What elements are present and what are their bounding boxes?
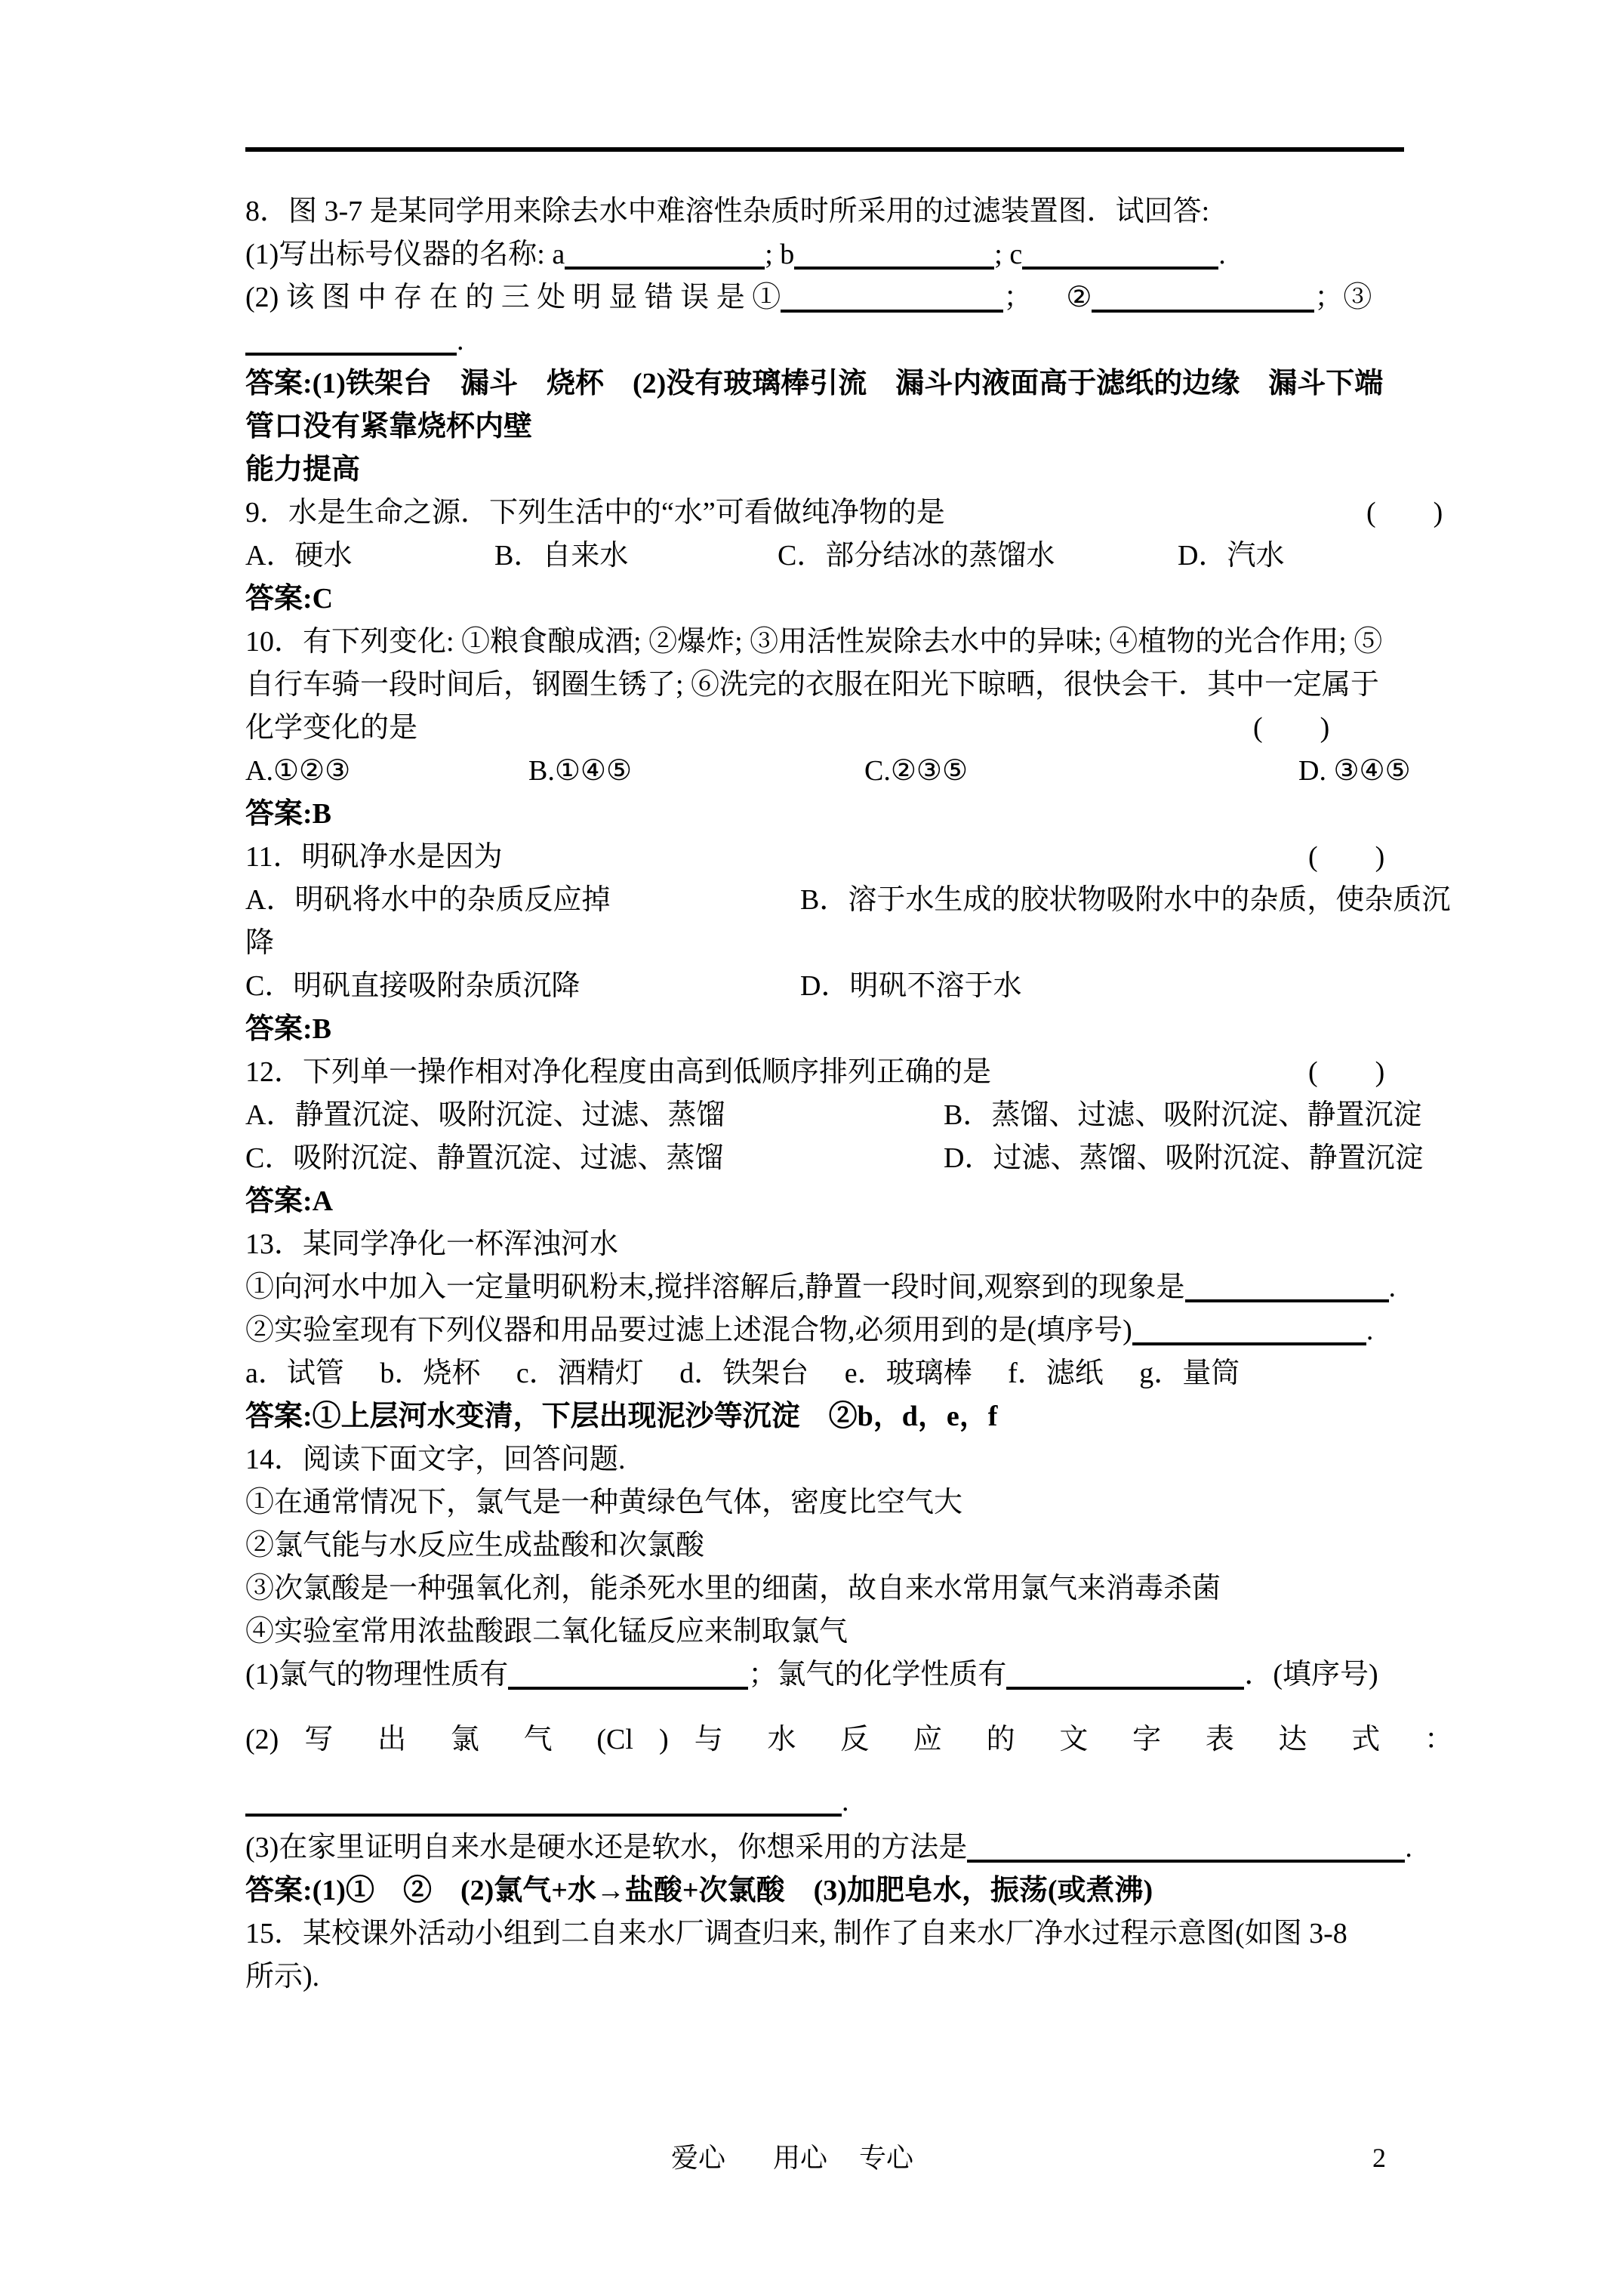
text-segment: (2) 该 图 中 存 在 的 三 处 明 显 错 误 是 ① xyxy=(245,282,781,313)
answer-14: 答案:(1)① ② (2)氯气+水→盐酸+次氯酸 (3)加肥皂水，振荡(或煮沸) xyxy=(245,1869,1453,1912)
fill-in-blank xyxy=(1006,1657,1244,1690)
answer-8: 答案:(1)铁架台 漏斗 烧杯 (2)没有玻璃棒引流 漏斗内液面高于滤纸的边缘 … xyxy=(245,362,1453,405)
header-rule xyxy=(245,147,1404,152)
question-14-part3: (3)在家里证明自来水是硬水还是软水，你想采用的方法是. xyxy=(245,1826,1453,1869)
option-b: B．自来水 xyxy=(494,535,628,578)
question-10-options: A.①②③B.①④⑤C.②③⑤D. ③④⑤ xyxy=(245,750,1453,793)
spacer xyxy=(1032,305,1066,307)
question-12-options-cd: C．吸附沉淀、静置沉淀、过滤、蒸馏D．过滤、蒸馏、吸附沉淀、静置沉淀 xyxy=(245,1137,1453,1180)
text-segment: ④实验室常用浓盐酸跟二氧化锰反应来制取氯气 xyxy=(245,1616,848,1647)
fill-in-blank xyxy=(508,1657,748,1690)
text-segment: (1)氯气的物理性质有 xyxy=(245,1659,508,1690)
section-header-ability: 能力提高 xyxy=(245,448,1453,492)
question-10-stem-continued: 自行车骑一段时间后，钢圈生锈了; ⑥洗完的衣服在阳光下晾晒，很快会干．其中一定属… xyxy=(245,664,1453,707)
option-c: C．明矾直接吸附杂质沉降 xyxy=(245,965,580,1008)
fill-in-blank xyxy=(967,1829,1405,1863)
answer-bracket: ( ) xyxy=(1253,707,1329,750)
text-segment: . xyxy=(1389,1271,1397,1303)
option-d: D．过滤、蒸馏、吸附沉淀、静置沉淀 xyxy=(944,1137,1423,1180)
page-footer: 爱心 用心 专心 2 xyxy=(0,2135,1623,2180)
text-segment: 所示). xyxy=(245,1961,319,1992)
text-segment: 8．图 3-7 是某同学用来除去水中难溶性杂质时所采用的过滤装置图．试回答: xyxy=(245,196,1209,227)
question-11-options-ab: A．明矾将水中的杂质反应掉B．溶于水生成的胶状物吸附水中的杂质，使杂质沉 xyxy=(245,879,1453,922)
footer-motto-word: 专心 xyxy=(859,2135,913,2180)
answer-bracket: ( ) xyxy=(1308,836,1384,879)
question-9-stem: 9．水是生命之源．下列生活中的“水”可看做纯净物的是( ) xyxy=(245,492,1453,535)
text-segment: (3)在家里证明自来水是硬水还是软水，你想采用的方法是 xyxy=(245,1832,967,1863)
question-12-stem: 12．下列单一操作相对净化程度由高到低顺序排列正确的是( ) xyxy=(245,1051,1453,1094)
text-segment: ； xyxy=(1003,282,1032,313)
question-13-part1: ①向河水中加入一定量明矾粉末,搅拌溶解后,静置一段时间,观察到的现象是. xyxy=(245,1266,1453,1309)
text-segment: ; b xyxy=(765,239,794,270)
answer-12: 答案:A xyxy=(245,1180,1453,1223)
worksheet-body: 8．图 3-7 是某同学用来除去水中难溶性杂质时所采用的过滤装置图．试回答: (… xyxy=(245,190,1453,1999)
answer-8-continued: 管口没有紧靠烧杯内壁 xyxy=(245,405,1453,448)
text-segment: . xyxy=(842,1786,849,1817)
answer-13: 答案:①上层河水变清，下层出现泥沙等沉淀 ②b，d，e，f xyxy=(245,1395,1453,1438)
option-b: B.①④⑤ xyxy=(528,750,632,793)
text-segment: ②实验室现有下列仪器和用品要过滤上述混合物,必须用到的是(填序号) xyxy=(245,1314,1132,1346)
answer-10: 答案:B xyxy=(245,793,1453,836)
text-segment: 答案:(1)① ② (2)氯气+水→盐酸+次氯酸 (3)加肥皂水，振荡(或煮沸) xyxy=(245,1875,1153,1906)
text-segment: 答案:①上层河水变清，下层出现泥沙等沉淀 ②b，d，e，f xyxy=(245,1401,997,1432)
answer-bracket: ( ) xyxy=(1366,492,1443,535)
fill-in-blank xyxy=(794,236,994,270)
text-segment: ③次氯酸是一种强氧化剂，能杀死水里的细菌，故自来水常用氯气来消毒杀菌 xyxy=(245,1573,1221,1604)
text-segment: 10．有下列变化: ①粮食酿成酒; ②爆炸; ③用活性炭除去水中的异味; ④植物… xyxy=(245,626,1382,658)
text-segment: ．(填序号) xyxy=(1244,1659,1378,1690)
text-segment: (2) 写 出 氯 气 (Cl ) 与 水 反 应 的 文 字 表 达 式 ： xyxy=(245,1724,1453,1755)
question-14-info-1: ①在通常情况下，氯气是一种黄绿色气体，密度比空气大 xyxy=(245,1481,1453,1524)
text-segment: ①向河水中加入一定量明矾粉末,搅拌溶解后,静置一段时间,观察到的现象是 xyxy=(245,1271,1185,1303)
fill-in-blank xyxy=(245,322,457,356)
option-c: C.②③⑤ xyxy=(864,750,968,793)
fill-in-blank xyxy=(781,279,1003,313)
question-13-stem: 13．某同学净化一杯浑浊河水 xyxy=(245,1223,1453,1266)
option-a: A．硬水 xyxy=(245,535,352,578)
question-11-stem: 11．明矾净水是因为( ) xyxy=(245,836,1453,879)
text-segment: 15．某校课外活动小组到二自来水厂调查归来, 制作了自来水厂净水过程示意图(如图… xyxy=(245,1918,1347,1949)
question-12-options-ab: A．静置沉淀、吸附沉淀、过滤、蒸馏B．蒸馏、过滤、吸附沉淀、静置沉淀 xyxy=(245,1094,1453,1137)
question-15-stem-continued: 所示). xyxy=(245,1955,1453,1999)
text-segment: a．试管 b．烧杯 c．酒精灯 d．铁架台 e．玻璃棒 f．滤纸 g．量筒 xyxy=(245,1358,1240,1389)
question-8-part2-blank: . xyxy=(245,319,1453,362)
question-11-options-cd: C．明矾直接吸附杂质沉降D．明矾不溶于水 xyxy=(245,965,1453,1008)
text-segment: 13．某同学净化一杯浑浊河水 xyxy=(245,1228,618,1260)
question-14-part2-blank: . xyxy=(245,1780,1453,1823)
text-segment: 答案:C xyxy=(245,583,333,615)
question-9-options: A．硬水B．自来水C．部分结冰的蒸馏水D．汽水 xyxy=(245,535,1453,578)
text-segment: 答案:B xyxy=(245,798,331,830)
text-segment: 自行车骑一段时间后，钢圈生锈了; ⑥洗完的衣服在阳光下晾晒，很快会干．其中一定属… xyxy=(245,669,1379,701)
text-segment: 化学变化的是 xyxy=(245,712,417,744)
answer-9: 答案:C xyxy=(245,578,1453,621)
text-segment: ②氯气能与水反应生成盐酸和次氯酸 xyxy=(245,1530,704,1561)
text-segment: 答案:A xyxy=(245,1185,333,1217)
text-segment: 答案:(1)铁架台 漏斗 烧杯 (2)没有玻璃棒引流 漏斗内液面高于滤纸的边缘 … xyxy=(245,368,1383,399)
text-segment: 答案:B xyxy=(245,1013,331,1045)
text-segment: 12．下列单一操作相对净化程度由高到低顺序排列正确的是 xyxy=(245,1056,991,1088)
question-8-part1: (1)写出标号仪器的名称: a; b; c. xyxy=(245,233,1453,276)
fill-in-blank xyxy=(1185,1269,1389,1302)
question-13-part2: ②实验室现有下列仪器和用品要过滤上述混合物,必须用到的是(填序号). xyxy=(245,1309,1453,1352)
option-b: B．溶于水生成的胶状物吸附水中的杂质，使杂质沉 xyxy=(800,879,1450,922)
text-segment: . xyxy=(1405,1832,1412,1863)
question-14-info-4: ④实验室常用浓盐酸跟二氧化锰反应来制取氯气 xyxy=(245,1610,1453,1653)
option-a: A．静置沉淀、吸附沉淀、过滤、蒸馏 xyxy=(245,1094,725,1137)
text-segment: 11．明矾净水是因为 xyxy=(245,841,503,873)
question-8-stem: 8．图 3-7 是某同学用来除去水中难溶性杂质时所采用的过滤装置图．试回答: xyxy=(245,190,1453,233)
fill-in-blank xyxy=(245,1783,842,1817)
question-14-info-3: ③次氯酸是一种强氧化剂，能杀死水里的细菌，故自来水常用氯气来消毒杀菌 xyxy=(245,1567,1453,1610)
text-segment: 降 xyxy=(245,927,274,959)
question-14-stem: 14．阅读下面文字，回答问题. xyxy=(245,1438,1453,1481)
text-segment: . xyxy=(1218,239,1226,270)
question-15-stem: 15．某校课外活动小组到二自来水厂调查归来, 制作了自来水厂净水过程示意图(如图… xyxy=(245,1912,1453,1955)
option-c: C．吸附沉淀、静置沉淀、过滤、蒸馏 xyxy=(245,1137,723,1180)
footer-motto-word: 爱心 xyxy=(671,2135,725,2180)
footer-motto-word: 用心 xyxy=(773,2135,827,2180)
question-10-stem-end: 化学变化的是( ) xyxy=(245,707,1453,750)
text-segment: . xyxy=(457,325,464,356)
text-segment: ；氯气的化学性质有 xyxy=(748,1659,1006,1690)
question-11-option-b-continued: 降 xyxy=(245,922,1453,965)
question-13-apparatus-list: a．试管 b．烧杯 c．酒精灯 d．铁架台 e．玻璃棒 f．滤纸 g．量筒 xyxy=(245,1352,1453,1395)
option-a: A.①②③ xyxy=(245,750,350,793)
text-segment: 能力提高 xyxy=(245,454,360,485)
text-segment: 9．水是生命之源．下列生活中的“水”可看做纯净物的是 xyxy=(245,497,945,529)
answer-bracket: ( ) xyxy=(1308,1051,1384,1094)
text-segment: ；③ xyxy=(1314,282,1372,313)
answer-11: 答案:B xyxy=(245,1008,1453,1051)
text-segment: ② xyxy=(1066,282,1092,313)
option-c: C．部分结冰的蒸馏水 xyxy=(778,535,1055,578)
option-d: D. ③④⑤ xyxy=(1298,750,1411,793)
question-8-part2: (2) 该 图 中 存 在 的 三 处 明 显 错 误 是 ①；②；③ xyxy=(245,276,1453,319)
fill-in-blank xyxy=(1132,1312,1366,1345)
text-segment: ; c xyxy=(994,239,1022,270)
text-segment: 14．阅读下面文字，回答问题. xyxy=(245,1444,626,1475)
fill-in-blank xyxy=(1092,279,1314,313)
option-d: D．汽水 xyxy=(1178,535,1284,578)
question-14-part2: (2) 写 出 氯 气 (Cl ) 与 水 反 应 的 文 字 表 达 式 ： xyxy=(245,1718,1453,1761)
fill-in-blank xyxy=(565,236,765,270)
page-number: 2 xyxy=(1372,2135,1386,2180)
question-10-stem: 10．有下列变化: ①粮食酿成酒; ②爆炸; ③用活性炭除去水中的异味; ④植物… xyxy=(245,621,1453,664)
text-segment: ①在通常情况下，氯气是一种黄绿色气体，密度比空气大 xyxy=(245,1487,962,1518)
text-segment: 管口没有紧靠烧杯内壁 xyxy=(245,411,532,442)
fill-in-blank xyxy=(1022,236,1218,270)
question-14-part1: (1)氯气的物理性质有；氯气的化学性质有．(填序号) xyxy=(245,1653,1453,1697)
option-b: B．蒸馏、过滤、吸附沉淀、静置沉淀 xyxy=(944,1094,1421,1137)
text-segment: (1)写出标号仪器的名称: a xyxy=(245,239,565,270)
worksheet-page: 8．图 3-7 是某同学用来除去水中难溶性杂质时所采用的过滤装置图．试回答: (… xyxy=(0,0,1623,2296)
question-14-info-2: ②氯气能与水反应生成盐酸和次氯酸 xyxy=(245,1524,1453,1567)
option-a: A．明矾将水中的杂质反应掉 xyxy=(245,879,610,922)
option-d: D．明矾不溶于水 xyxy=(800,965,1021,1008)
text-segment: . xyxy=(1366,1314,1374,1346)
